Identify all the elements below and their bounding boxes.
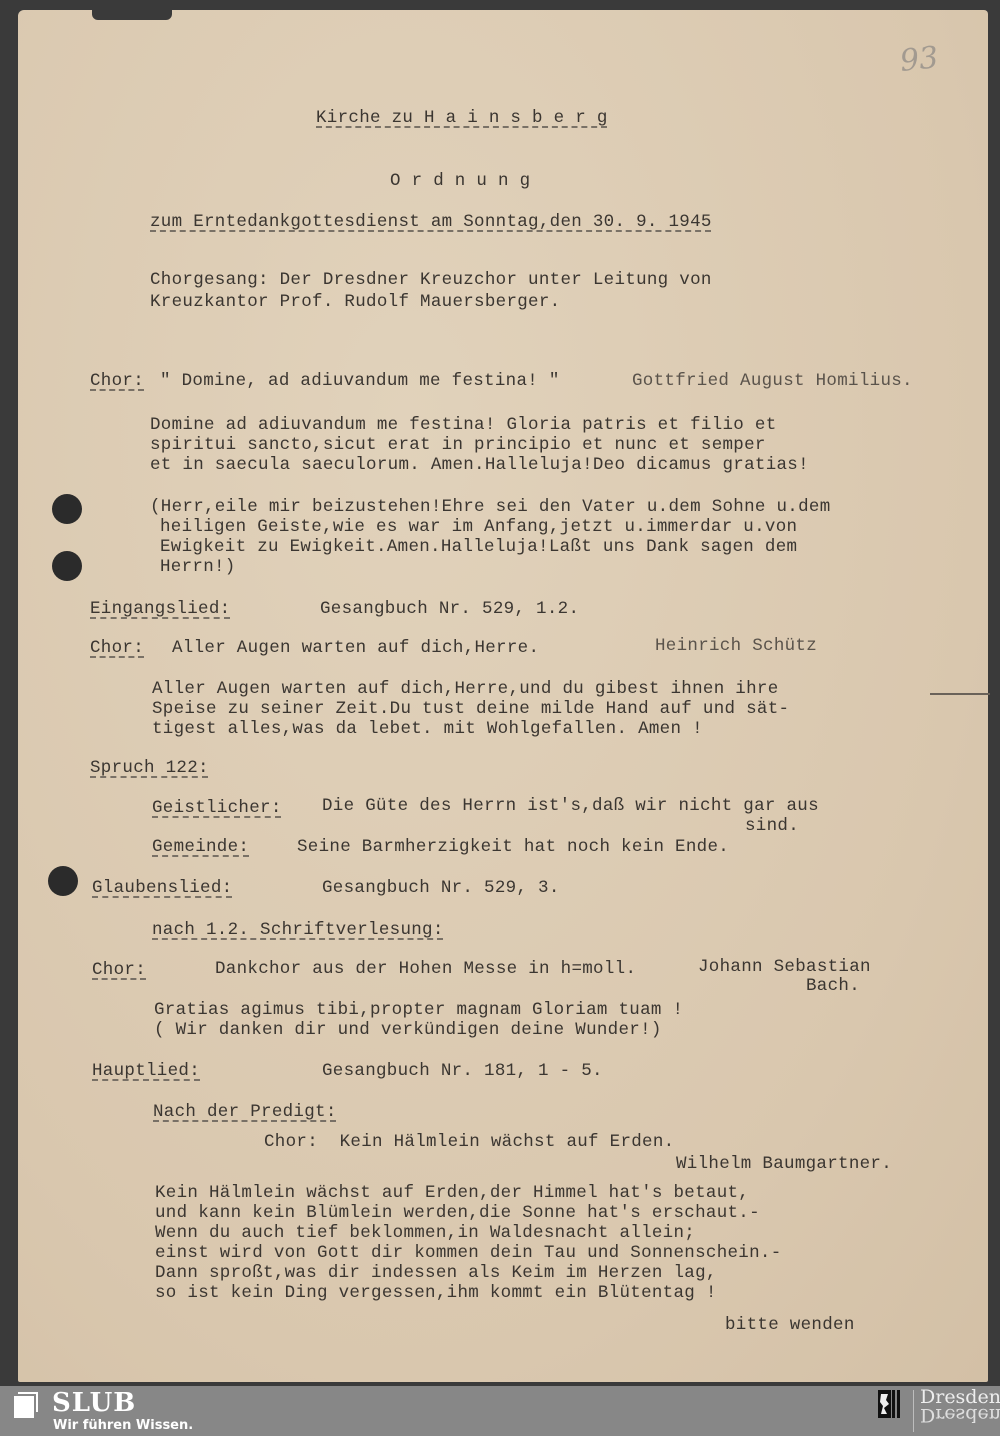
brand-name: SLUB [52,1388,136,1418]
punch-hole [52,494,82,524]
hymn-reference: Gesangbuch Nr. 529, 3. [322,878,560,898]
choir-intro-line: Chorgesang: Der Dresdner Kreuzchor unter… [150,270,712,290]
latin-line: Gratias agimus tibi,propter magnam Glori… [154,1000,683,1020]
spruch-text-cont: sind. [745,816,799,836]
choir-intro-line: Kreuzkantor Prof. Rudolf Mauersberger. [150,292,560,312]
speaker-label-gemeinde: Gemeinde: [152,837,249,857]
chor-title: Dankchor aus der Hohen Messe in h=moll. [215,959,636,979]
page-number-pencil: 93 [898,40,940,79]
verse-line: Wenn du auch tief beklommen,in Waldesnac… [155,1223,695,1243]
section-label-spruch: Spruch 122: [90,758,209,778]
reading-note: nach 1.2. Schriftverlesung: [152,920,444,940]
city-name-reflection: Dresden. [920,1406,1000,1424]
footer-divider [913,1390,914,1432]
occasion-line: zum Erntedankgottesdienst am Sonntag,den… [150,212,712,232]
hymn-reference: Gesangbuch Nr. 529, 1.2. [320,599,579,619]
verse-line: und kann kein Blümlein werden,die Sonne … [155,1203,760,1223]
latin-line: et in saecula saeculorum. Amen.Halleluja… [150,455,809,475]
german-line: heiligen Geiste,wie es war im Anfang,jet… [160,517,797,537]
city-logo: Dresden. Dresden. [920,1388,1000,1424]
section-label-chor: Chor: [90,371,144,391]
punch-hole [52,551,82,581]
chor-title: Aller Augen warten auf dich,Herre. [172,638,539,658]
composer: Gottfried August Homilius. [632,371,913,391]
german-line: ( Wir danken dir und verkündigen deine W… [154,1020,662,1040]
section-label-chor: Chor: [92,960,146,980]
composer: Wilhelm Baumgartner. [676,1154,892,1174]
section-label-hauptlied: Hauptlied: [92,1061,200,1081]
document-heading: Kirche zu H a i n s b e r g [316,108,608,128]
chor-text-line: Aller Augen warten auf dich,Herre,und du… [152,679,779,699]
turn-page-note: bitte wenden [725,1315,855,1335]
composer-cont: Bach. [806,976,860,996]
latin-line: Domine ad adiuvandum me festina! Gloria … [150,415,777,435]
section-label-glaubenslied: Glaubenslied: [92,878,232,898]
document-subheading: O r d n u n g [390,171,530,191]
hymn-reference: Gesangbuch Nr. 181, 1 - 5. [322,1061,603,1081]
composer: Heinrich Schütz [655,636,817,656]
paper-tear [92,8,172,20]
spruch-text: Die Güte des Herrn ist's,daß wir nicht g… [322,796,819,816]
section-label-chor: Chor: [90,638,144,658]
spruch-response: Seine Barmherzigkeit hat noch kein Ende. [297,837,729,857]
brand-tagline: Wir führen Wissen. [53,1418,193,1433]
composer: Johann Sebastian [698,957,871,977]
latin-line: spiritui sancto,sicut erat in principio … [150,435,766,455]
german-line: (Herr,eile mir beizustehen!Ehre sei den … [150,497,831,517]
speaker-label-geistlicher: Geistlicher: [152,798,282,818]
footer-bar: SLUB Wir führen Wissen. Dresden. Dresden… [0,1386,1000,1436]
section-label-eingangslied: Eingangslied: [90,599,230,619]
chor-title: Chor: Kein Hälmlein wächst auf Erden. [264,1132,674,1152]
book-logo-icon [12,1390,42,1420]
verse-line: Kein Hälmlein wächst auf Erden,der Himme… [155,1183,749,1203]
verse-line: einst wird von Gott dir kommen dein Tau … [155,1243,782,1263]
margin-mark [930,693,990,695]
chor-title: " Domine, ad adiuvandum me festina! " [160,371,560,391]
punch-hole [48,866,78,896]
coat-of-arms-icon [878,1390,904,1420]
verse-line: Dann sproßt,was dir indessen als Keim im… [155,1263,717,1283]
chor-text-line: Speise zu seiner Zeit.Du tust deine mild… [152,699,789,719]
german-line: Ewigkeit zu Ewigkeit.Amen.Halleluja!Laßt… [160,537,797,557]
german-line: Herrn!) [160,557,236,577]
verse-line: so ist kein Ding vergessen,ihm kommt ein… [155,1283,717,1303]
section-label-nach-predigt: Nach der Predigt: [153,1102,337,1122]
chor-text-line: tigest alles,was da lebet. mit Wohlgefal… [152,719,703,739]
